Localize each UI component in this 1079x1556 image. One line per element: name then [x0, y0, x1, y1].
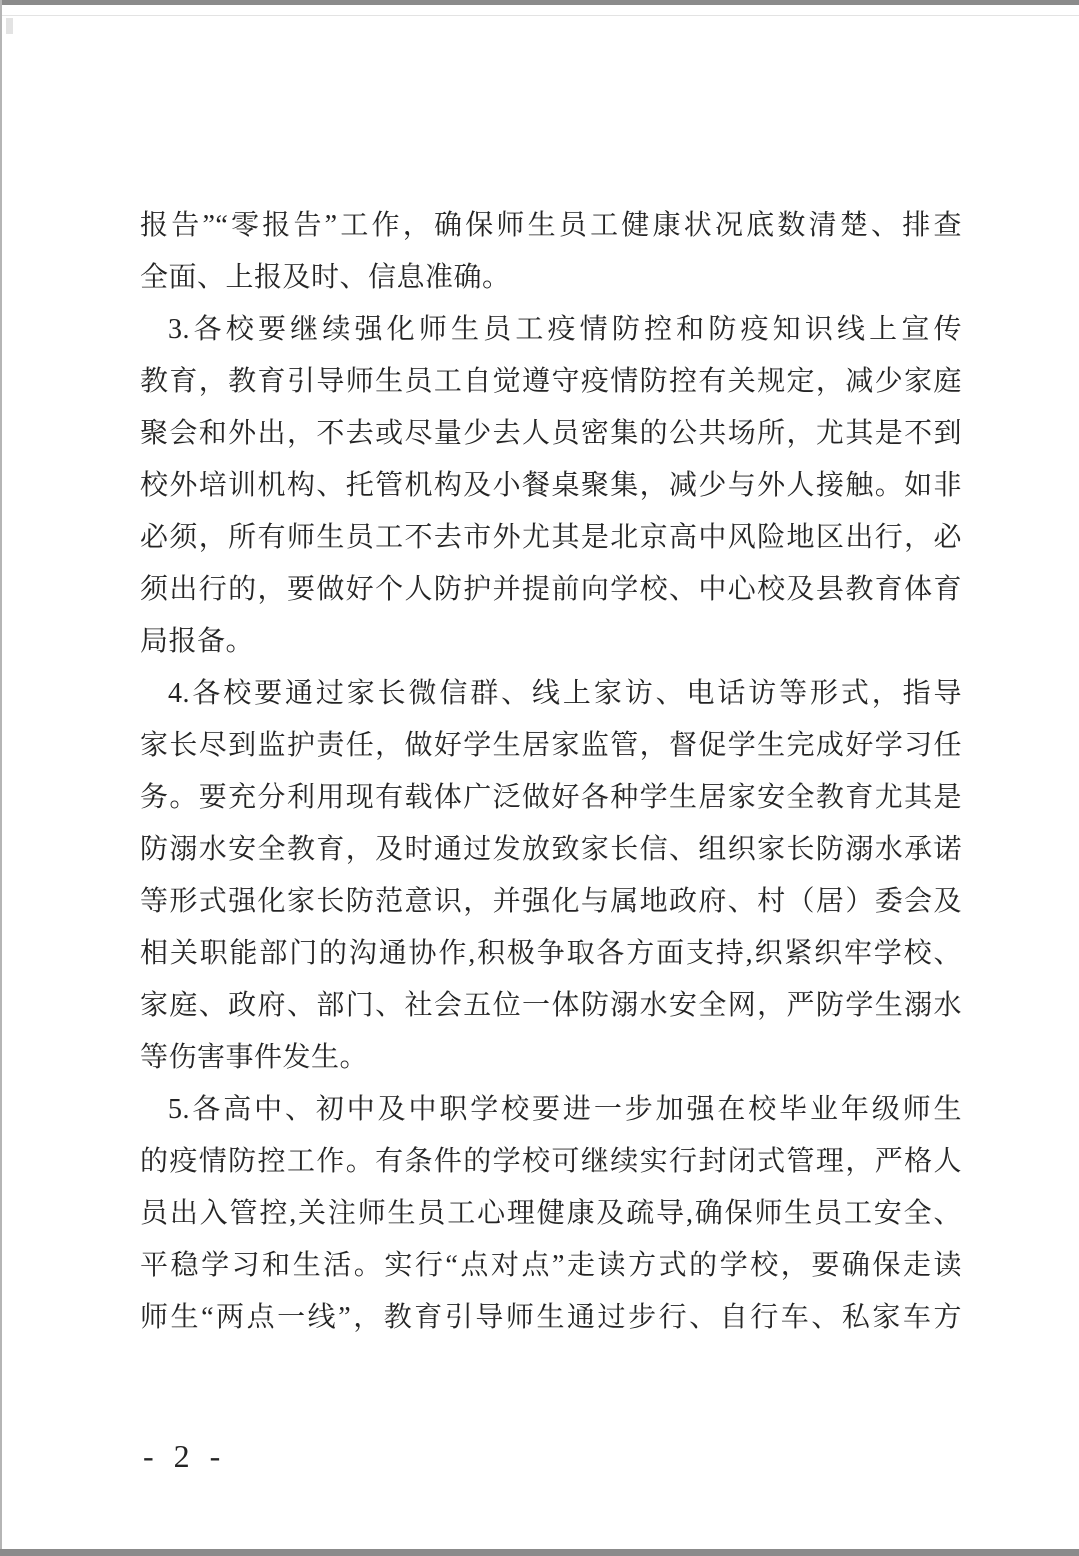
scan-edge-left — [0, 0, 2, 1556]
document-body: 报告”“零报告”工作，确保师生员工健康状况底数清楚、排查全面、上报及时、信息准确… — [140, 200, 962, 1344]
text-line: 局报备。 — [140, 616, 962, 668]
scan-edge-bottom — [0, 1549, 1079, 1556]
text-line: 师生“两点一线”，教育引导师生通过步行、自行车、私家车方 — [140, 1292, 962, 1344]
scan-artifact-line — [0, 15, 1079, 16]
text-line: 等伤害事件发生。 — [140, 1032, 962, 1084]
text-line: 须出行的，要做好个人防护并提前向学校、中心校及县教育体育 — [140, 564, 962, 616]
text-line: 防溺水安全教育，及时通过发放致家长信、组织家长防溺水承诺 — [140, 824, 962, 876]
text-line: 5.各高中、初中及中职学校要进一步加强在校毕业年级师生 — [140, 1084, 962, 1136]
text-line: 必须，所有师生员工不去市外尤其是北京高中风险地区出行，必 — [140, 512, 962, 564]
text-line: 务。要充分利用现有载体广泛做好各种学生居家安全教育尤其是 — [140, 772, 962, 824]
scan-noise-speck — [6, 18, 13, 34]
text-line: 平稳学习和生活。实行“点对点”走读方式的学校，要确保走读 — [140, 1240, 962, 1292]
text-line: 的疫情防控工作。有条件的学校可继续实行封闭式管理，严格人 — [140, 1136, 962, 1188]
text-line: 相关职能部门的沟通协作,积极争取各方面支持,织紧织牢学校、 — [140, 928, 962, 980]
text-line: 4.各校要通过家长微信群、线上家访、电话访等形式，指导 — [140, 668, 962, 720]
text-line: 3.各校要继续强化师生员工疫情防控和防疫知识线上宣传 — [140, 304, 962, 356]
scanned-document-page: 报告”“零报告”工作，确保师生员工健康状况底数清楚、排查全面、上报及时、信息准确… — [0, 0, 1079, 1556]
text-line: 家长尽到监护责任，做好学生居家监管，督促学生完成好学习任 — [140, 720, 962, 772]
text-line: 校外培训机构、托管机构及小餐桌聚集，减少与外人接触。如非 — [140, 460, 962, 512]
text-line: 家庭、政府、部门、社会五位一体防溺水安全网，严防学生溺水 — [140, 980, 962, 1032]
text-line: 员出入管控,关注师生员工心理健康及疏导,确保师生员工安全、 — [140, 1188, 962, 1240]
text-line: 教育，教育引导师生员工自觉遵守疫情防控有关规定，减少家庭 — [140, 356, 962, 408]
text-line: 等形式强化家长防范意识，并强化与属地政府、村（居）委会及 — [140, 876, 962, 928]
text-line: 全面、上报及时、信息准确。 — [140, 252, 962, 304]
text-line: 聚会和外出，不去或尽量少去人员密集的公共场所，尤其是不到 — [140, 408, 962, 460]
scan-edge-top — [0, 0, 1079, 5]
text-line: 报告”“零报告”工作，确保师生员工健康状况底数清楚、排查 — [140, 200, 962, 252]
page-number: - 2 - — [143, 1438, 226, 1475]
